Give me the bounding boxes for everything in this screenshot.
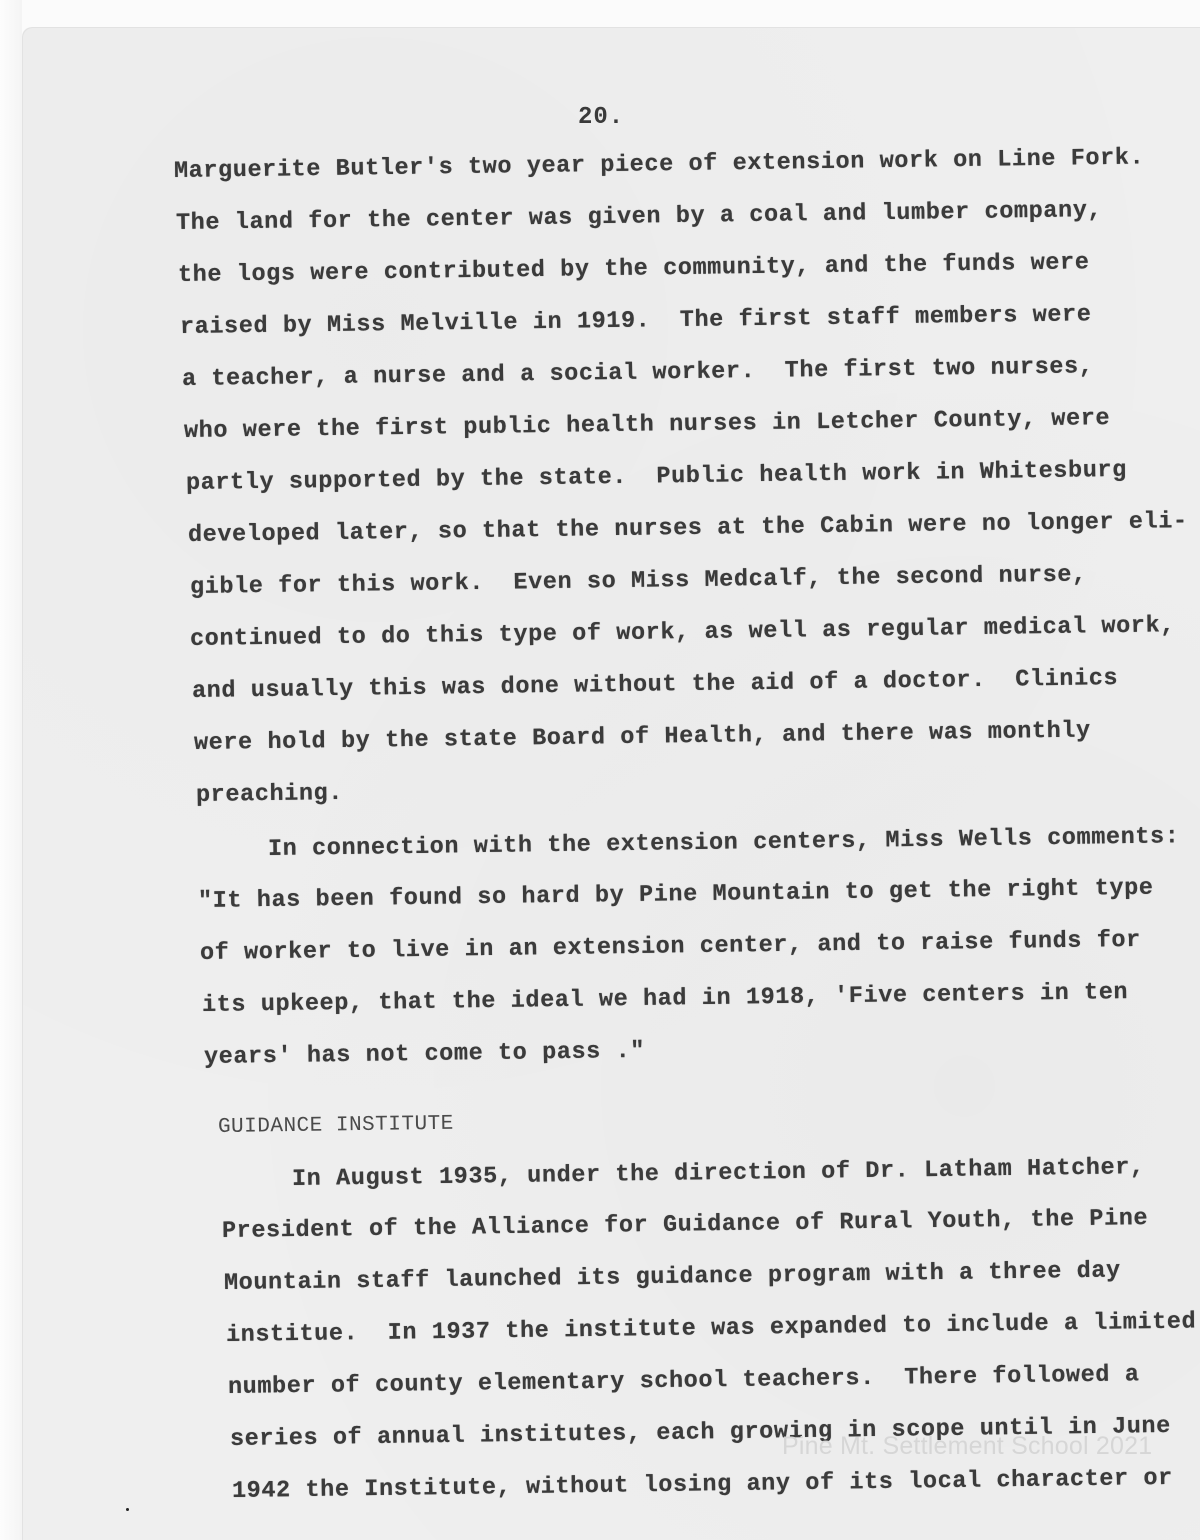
scanned-page: 20. Marguerite Butler's two year piece o… [0,0,1200,1540]
watermark: Pine Mt. Settlement School 2021 [782,1432,1152,1461]
scan-margin [0,0,22,1540]
section-heading-guidance-institute: GUIDANCE INSTITUTE [218,1113,454,1139]
text-line: preaching. [196,780,343,809]
scan-speck [126,1508,129,1511]
page-number: 20. [578,104,624,131]
